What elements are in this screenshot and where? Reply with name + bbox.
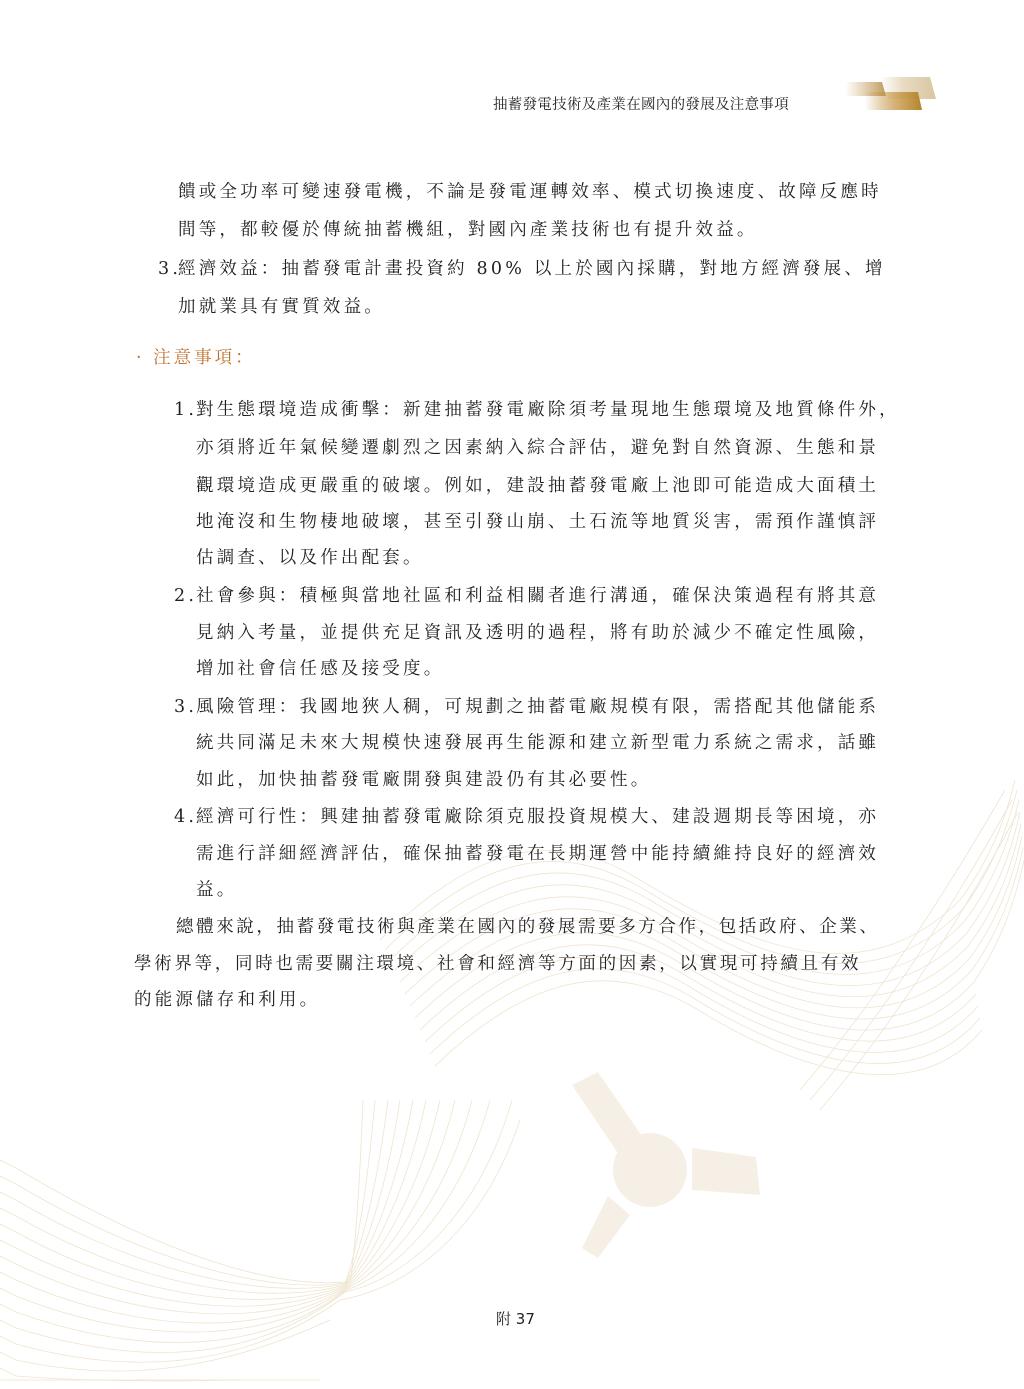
- paragraph-line: 間等，都較優於傳統抽蓄機組，對國內產業技術也有提升效益。: [178, 218, 758, 242]
- list-item-line: 增加社會信任感及接受度。: [196, 657, 444, 681]
- list-item-number: 1.: [174, 398, 197, 422]
- list-item-line: 估調查、以及作出配套。: [196, 546, 424, 570]
- list-item-line: 風險管理：我國地狹人稠，可規劃之抽蓄電廠規模有限，需搭配其他儲能系: [196, 695, 879, 719]
- list-item-line: 需進行詳細經濟評估，確保抽蓄發電在長期運營中能持續維持良好的經濟效: [196, 842, 879, 866]
- header-gold-tabs-icon: [845, 77, 936, 110]
- wave-lines-bottom-left: [0, 1100, 520, 1381]
- running-header-title: 抽蓄發電技術及產業在國內的發展及注意事項: [493, 93, 789, 114]
- page-number: 附 37: [496, 1308, 535, 1329]
- list-item-number: 3.: [174, 695, 197, 719]
- section-heading-cautions: · 注意事項：: [136, 344, 256, 369]
- list-item-line: 統共同滿足未來大規模快速發展再生能源和建立新型電力系統之需求，話雖: [196, 731, 879, 755]
- list-item-line: 地淹沒和生物棲地破壞，甚至引發山崩、土石流等地質災害，需預作謹慎評: [196, 510, 879, 534]
- list-item-line: 觀環境造成更嚴重的破壞。例如，建設抽蓄發電廠上池即可能造成大面積土: [196, 474, 879, 498]
- conclusion-line: 的能源儲存和利用。: [134, 988, 320, 1012]
- page-prefix: 附: [496, 1310, 511, 1328]
- list-item-line: 經濟效益：抽蓄發電計畫投資約 80% 以上於國內採購，對地方經濟發展、增: [178, 257, 886, 281]
- conclusion-line: 學術界等，同時也需要關注環境、社會和經濟等方面的因素，以實現可持續且有效: [134, 952, 861, 976]
- list-item-line: 經濟可行性：興建抽蓄發電廠除須克服投資規模大、建設週期長等困境，亦: [196, 805, 879, 829]
- list-item-number: 2.: [174, 584, 197, 608]
- list-item-line: 如此，加快抽蓄發電廠開發與建設仍有其必要性。: [196, 768, 651, 792]
- list-item-line: 亦須將近年氣候變遷劇烈之因素納入綜合評估，避免對自然資源、生態和景: [196, 436, 879, 460]
- wave-lines-middle-right: [380, 780, 1024, 1110]
- paragraph-line: 饋或全功率可變速發電機，不論是發電運轉效率、模式切換速度、故障反應時: [178, 180, 882, 204]
- propeller-watermark-icon: [572, 1072, 760, 1258]
- list-item-line: 益。: [196, 878, 237, 902]
- list-item-line: 見納入考量，並提供充足資訊及透明的過程，將有助於減少不確定性風險，: [196, 621, 879, 645]
- page-number-value: 37: [516, 1310, 535, 1328]
- list-item-number: 4.: [174, 805, 197, 829]
- list-item-line: 社會參與：積極與當地社區和利益相關者進行溝通，確保決策過程有將其意: [196, 584, 879, 608]
- list-item-line: 對生態環境造成衝擊：新建抽蓄發電廠除須考量現地生態環境及地質條件外，: [196, 398, 900, 422]
- list-item-line: 加就業具有實質效益。: [178, 295, 385, 319]
- conclusion-line: 總體來說，抽蓄發電技術與產業在國內的發展需要多方合作，包括政府、企業、: [176, 915, 880, 939]
